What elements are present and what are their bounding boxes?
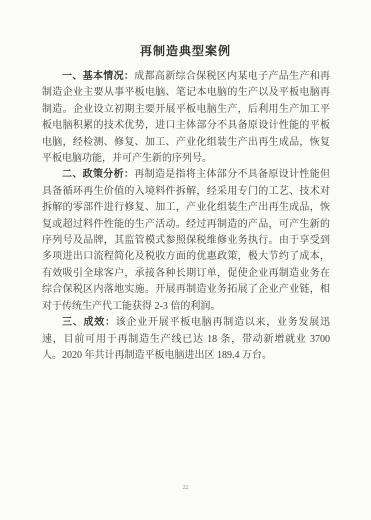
document-body: 一、基本情况：成都高新综合保税区内某电子产品生产和再制造企业主要从事平板电脑、笔… xyxy=(42,69,330,364)
paragraph-basic-situation: 一、基本情况：成都高新综合保税区内某电子产品生产和再制造企业主要从事平板电脑、笔… xyxy=(42,69,330,167)
paragraph-policy-analysis: 二、政策分析：再制造是指将主体部分不具备原设计性能但具备循环再生价值的入境料件拆… xyxy=(42,167,330,315)
paragraph-label: 二、政策分析： xyxy=(62,169,134,180)
paragraph-text: 成都高新综合保税区内某电子产品生产和再制造企业主要从事平板电脑、笔记本电脑的生产… xyxy=(42,71,330,164)
paragraph-label: 一、基本情况： xyxy=(62,71,134,82)
paragraph-results: 三、成效：该企业开展平板电脑再制造以来，业务发展迅速，目前可用于再制造生产线已达… xyxy=(42,315,330,364)
document-page: 再制造典型案例 一、基本情况：成都高新综合保税区内某电子产品生产和再制造企业主要… xyxy=(0,0,371,520)
page-title: 再制造典型案例 xyxy=(0,42,371,59)
paragraph-text: 再制造是指将主体部分不具备原设计性能但具备循环再生价值的入境料件拆解，经采用专门… xyxy=(42,169,330,311)
page-number: 22 xyxy=(0,485,371,491)
paragraph-label: 三、成效： xyxy=(62,317,116,328)
